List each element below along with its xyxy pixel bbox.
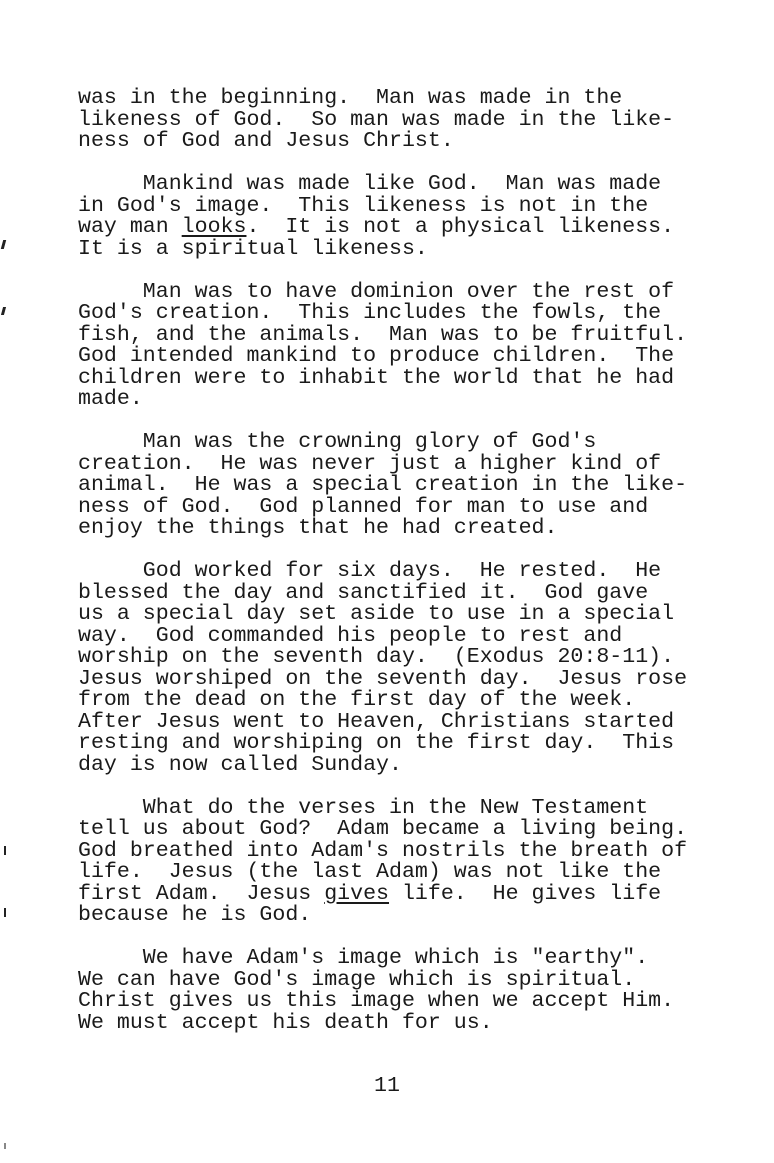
text-line: We have Adam's image which is "earthy". — [78, 948, 738, 970]
text-line: made. — [78, 389, 738, 411]
text-line: blessed the day and sanctified it. God g… — [78, 583, 738, 605]
text-line: way man looks. It is not a physical like… — [78, 217, 738, 239]
text-line: Man was the crowning glory of God's — [78, 432, 738, 454]
text-line: What do the verses in the New Testament — [78, 798, 738, 820]
text-line: God worked for six days. He rested. He — [78, 561, 738, 583]
scan-mark — [1, 240, 6, 249]
text-line: first Adam. Jesus gives life. He gives l… — [78, 884, 738, 906]
scan-mark — [4, 908, 6, 917]
paragraph: What do the verses in the New Testamentt… — [78, 798, 738, 927]
text-line: It is a spiritual likeness. — [78, 239, 738, 261]
scan-mark — [4, 846, 6, 855]
text-line: We must accept his death for us. — [78, 1013, 738, 1035]
text-line: God's creation. This includes the fowls,… — [78, 303, 738, 325]
text-line: worship on the seventh day. (Exodus 20:8… — [78, 647, 738, 669]
paragraph: Mankind was made like God. Man was madei… — [78, 174, 738, 260]
text-line: because he is God. — [78, 905, 738, 927]
text-line: in God's image. This likeness is not in … — [78, 196, 738, 218]
text-line: from the dead on the first day of the we… — [78, 690, 738, 712]
text-line: Man was to have dominion over the rest o… — [78, 282, 738, 304]
text-line: life. Jesus (the last Adam) was not like… — [78, 862, 738, 884]
text-line: day is now called Sunday. — [78, 755, 738, 777]
underlined-word: gives — [324, 882, 389, 906]
paragraph: We have Adam's image which is "earthy".W… — [78, 948, 738, 1034]
text-line: ness of God and Jesus Christ. — [78, 131, 738, 153]
text-line: We can have God's image which is spiritu… — [78, 970, 738, 992]
text-line: Christ gives us this image when we accep… — [78, 991, 738, 1013]
text-line: was in the beginning. Man was made in th… — [78, 88, 738, 110]
text-line: us a special day set aside to use in a s… — [78, 604, 738, 626]
text-line: fish, and the animals. Man was to be fru… — [78, 325, 738, 347]
text-line: animal. He was a special creation in the… — [78, 475, 738, 497]
paragraph: Man was the crowning glory of God'screat… — [78, 432, 738, 540]
text-line: God breathed into Adam's nostrils the br… — [78, 841, 738, 863]
page-number: 11 — [0, 1074, 774, 1098]
text-line: After Jesus went to Heaven, Christians s… — [78, 712, 738, 734]
scan-mark — [4, 1143, 6, 1149]
underlined-word: looks — [182, 215, 247, 239]
text-line: resting and worshiping on the first day.… — [78, 733, 738, 755]
text-line: ness of God. God planned for man to use … — [78, 497, 738, 519]
paragraph: God worked for six days. He rested. Hebl… — [78, 561, 738, 776]
text-line: creation. He was never just a higher kin… — [78, 454, 738, 476]
text-line: children were to inhabit the world that … — [78, 368, 738, 390]
paragraph: was in the beginning. Man was made in th… — [78, 88, 738, 153]
paragraph: Man was to have dominion over the rest o… — [78, 282, 738, 411]
text-line: way. God commanded his people to rest an… — [78, 626, 738, 648]
text-line: Jesus worshiped on the seventh day. Jesu… — [78, 669, 738, 691]
text-line: God intended mankind to produce children… — [78, 346, 738, 368]
text-line: enjoy the things that he had created. — [78, 518, 738, 540]
text-line: Mankind was made like God. Man was made — [78, 174, 738, 196]
scan-mark — [1, 307, 6, 315]
text-line: tell us about God? Adam became a living … — [78, 819, 738, 841]
text-line: likeness of God. So man was made in the … — [78, 110, 738, 132]
document-page: was in the beginning. Man was made in th… — [78, 88, 738, 1056]
